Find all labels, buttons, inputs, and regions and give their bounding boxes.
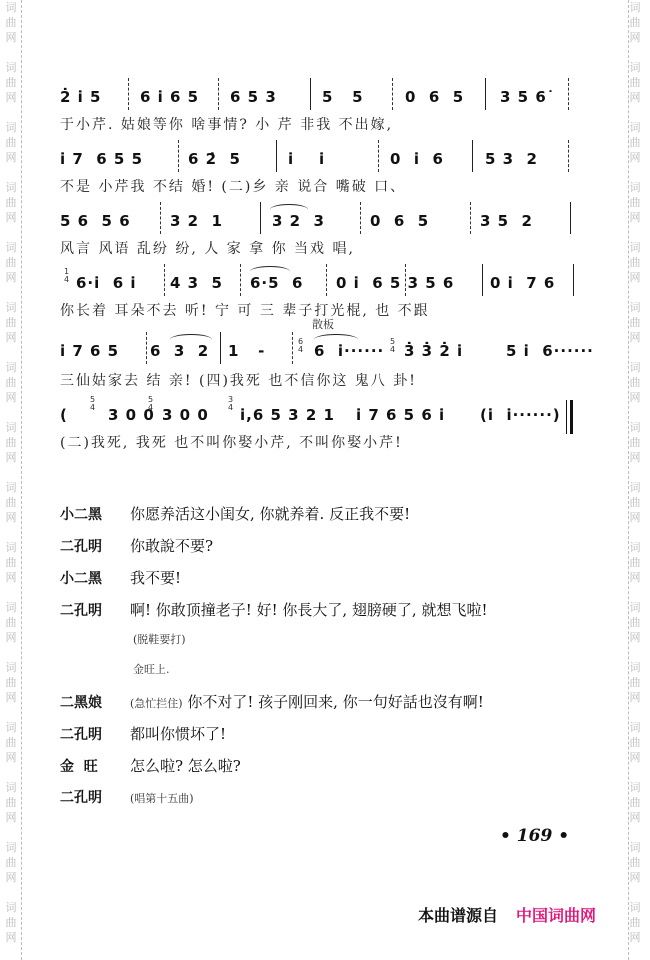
watermark-char: 曲 [630, 15, 641, 30]
watermark-char: 网 [6, 270, 17, 285]
watermark-char: 网 [630, 210, 641, 225]
watermark-block: 词曲网 [630, 480, 641, 540]
time-signature: 64 [298, 338, 303, 354]
watermark-char: 网 [6, 390, 17, 405]
stage-direction: (脱鞋要打) [60, 631, 600, 661]
watermark-block: 词曲网 [630, 60, 641, 120]
speaker-name: 小二黑 [60, 568, 130, 588]
watermark-block: 词曲网 [6, 720, 17, 780]
watermark-char: 网 [630, 90, 641, 105]
watermark-char: 词 [630, 120, 641, 135]
watermark-block: 词曲网 [6, 0, 17, 60]
watermark-char: 网 [6, 750, 17, 765]
stage-direction-text: 金旺上. [133, 661, 170, 677]
watermark-char: 曲 [6, 135, 17, 150]
watermark-block: 词曲网 [6, 780, 17, 840]
watermark-block: 词曲网 [6, 60, 17, 120]
tempo-marking: 散板 [312, 316, 334, 332]
dialog-text: 怎么啦? 怎么啦? [130, 755, 241, 776]
watermark-char: 曲 [630, 735, 641, 750]
watermark-char: 网 [630, 810, 641, 825]
watermark-char: 曲 [630, 615, 641, 630]
dialog-line: 二黑娘 (急忙拦住) 你不对了! 孩子刚回来, 你一句好話也沒有啊! [60, 691, 600, 723]
notation: 2̇ i̇ 5 6 i̇ 6 5 6 5 3 5 5 0 6 5 3 5 6˙ [60, 88, 580, 112]
watermark-char: 词 [630, 660, 641, 675]
watermark-block: 词曲网 [630, 0, 641, 60]
watermark-char: 词 [6, 180, 17, 195]
watermark-char: 网 [6, 30, 17, 45]
score-line-6: 54 54 34 ( 3 0 0 3 0 0 i̇,6 5 3 2 1 i̇ 7… [60, 390, 580, 454]
watermark-char: 网 [630, 570, 641, 585]
watermark-char: 词 [630, 720, 641, 735]
watermark-char: 网 [6, 690, 17, 705]
dialog-line: 金 旺 怎么啦? 怎么啦? [60, 755, 600, 787]
watermark-block: 词曲网 [6, 660, 17, 720]
page-number: • 169 • [500, 826, 569, 846]
watermark-char: 词 [630, 240, 641, 255]
notation: i̇ 7 6 5 5 6 2̇ 5 i̇ i̇ 0 i̇ 6 5 3 2 [60, 150, 580, 174]
lyrics: 于小芹. 姑娘等你 啥事情? 小 芹 非我 不出嫁, [60, 114, 580, 134]
watermark-char: 曲 [630, 435, 641, 450]
watermark-char: 词 [6, 780, 17, 795]
watermark-char: 词 [630, 180, 641, 195]
music-score: 2̇ i̇ 5 6 i̇ 6 5 6 5 3 5 5 0 6 5 3 5 6˙ … [60, 70, 580, 454]
watermark-char: 曲 [630, 75, 641, 90]
notation: i̇ 7 6 5 6 3 2 1 - 6 i̇······ 3̇ 3̇ 2̇ i… [60, 342, 580, 366]
watermark-char: 网 [6, 150, 17, 165]
watermark-block: 词曲网 [630, 720, 641, 780]
watermark-char: 词 [630, 780, 641, 795]
watermark-char: 网 [6, 510, 17, 525]
watermark-block: 词曲网 [6, 600, 17, 660]
final-barline [566, 400, 573, 434]
watermark-char: 网 [630, 270, 641, 285]
watermark-char: 词 [630, 420, 641, 435]
speaker-name: 二黑娘 [60, 692, 130, 712]
watermark-block: 词曲网 [6, 900, 17, 960]
watermark-char: 词 [6, 720, 17, 735]
watermark-char: 词 [6, 60, 17, 75]
dialog-text: 我不要! [130, 567, 181, 588]
watermark-char: 曲 [630, 495, 641, 510]
dialog-line: 二孔明 啊! 你敢顶撞老子! 好! 你長大了, 翅膀硬了, 就想飞啦! [60, 599, 600, 631]
speaker-name: 二孔明 [60, 600, 130, 620]
watermark-char: 词 [6, 240, 17, 255]
score-line-2: i̇ 7 6 5 5 6 2̇ 5 i̇ i̇ 0 i̇ 6 5 3 2 不是 … [60, 132, 580, 194]
dialog-text: 啊! 你敢顶撞老子! 好! 你長大了, 翅膀硬了, 就想飞啦! [130, 599, 488, 620]
score-line-3: 5 6 5 6 3 2 1 3 2 3 0 6 5 3 5 2 风言 风语 乱纷… [60, 194, 580, 256]
watermark-char: 曲 [6, 315, 17, 330]
watermark-block: 词曲网 [630, 420, 641, 480]
watermark-block: 词曲网 [630, 540, 641, 600]
watermark-char: 词 [630, 360, 641, 375]
score-line-5: 散板 i̇ 7 6 5 6 3 2 1 - 6 i̇······ 3̇ 3̇ 2… [60, 318, 580, 390]
watermark-char: 网 [630, 510, 641, 525]
time-signature: 54 [390, 338, 395, 354]
speaker-name: 二孔明 [60, 787, 130, 807]
score-line-4: 14 6·i̇ 6 i̇ 4 3 5 6·5 6 0 i̇ 6 5 3 5 6 … [60, 256, 580, 318]
watermark-char: 词 [6, 840, 17, 855]
left-watermark-column: 词曲网词曲网词曲网词曲网词曲网词曲网词曲网词曲网词曲网词曲网词曲网词曲网词曲网词… [0, 0, 22, 960]
dialog-text: 你愿养活这小闺女, 你就养着. 反正我不要! [130, 503, 410, 524]
watermark-char: 词 [630, 300, 641, 315]
watermark-char: 词 [630, 900, 641, 915]
watermark-block: 词曲网 [6, 240, 17, 300]
watermark-char: 词 [6, 600, 17, 615]
watermark-char: 网 [630, 870, 641, 885]
dialog-line: 二孔明 都叫你惯坏了! [60, 723, 600, 755]
watermark-char: 词 [6, 900, 17, 915]
stage-direction-text: (脱鞋要打) [133, 631, 186, 647]
watermark-char: 曲 [6, 255, 17, 270]
watermark-block: 词曲网 [630, 300, 641, 360]
dialog-text: 都叫你惯坏了! [130, 723, 226, 744]
lyrics: 三仙姑家去 结 亲! (四)我死 也不信你这 鬼八 卦! [60, 370, 580, 390]
lyrics: (二)我死, 我死 也不叫你娶小芹, 不叫你娶小芹! [60, 432, 580, 452]
speaker-name: 二孔明 [60, 536, 130, 556]
watermark-block: 词曲网 [6, 420, 17, 480]
speaker-name: 二孔明 [60, 724, 130, 744]
watermark-char: 曲 [630, 915, 641, 930]
watermark-char: 曲 [630, 795, 641, 810]
credit-site-link[interactable]: 中国词曲网 [516, 906, 596, 925]
stage-direction: 金旺上. [60, 661, 600, 691]
watermark-char: 网 [6, 570, 17, 585]
score-line-1: 2̇ i̇ 5 6 i̇ 6 5 6 5 3 5 5 0 6 5 3 5 6˙ … [60, 70, 580, 132]
watermark-char: 词 [6, 120, 17, 135]
watermark-char: 词 [630, 600, 641, 615]
watermark-char: 曲 [6, 795, 17, 810]
dialog-text-body: 你不对了! 孩子刚回来, 你一句好話也沒有啊! [187, 693, 483, 711]
watermark-char: 曲 [6, 855, 17, 870]
watermark-char: 词 [630, 480, 641, 495]
watermark-char: 网 [630, 690, 641, 705]
watermark-char: 词 [6, 660, 17, 675]
watermark-char: 曲 [6, 75, 17, 90]
watermark-char: 词 [6, 300, 17, 315]
watermark-char: 词 [6, 540, 17, 555]
script-dialog: 小二黑 你愿养活这小闺女, 你就养着. 反正我不要! 二孔明 你敢說不要? 小二… [60, 503, 600, 819]
source-credit: 本曲谱源自中国词曲网 [418, 903, 596, 926]
stage-direction-text: (急忙拦住) [130, 697, 183, 710]
dialog-line: 二孔明 (唱第十五曲) [60, 787, 600, 819]
watermark-char: 词 [630, 540, 641, 555]
watermark-char: 网 [6, 90, 17, 105]
watermark-char: 网 [630, 150, 641, 165]
watermark-char: 曲 [630, 855, 641, 870]
notation: ( 3 0 0 3 0 0 i̇,6 5 3 2 1 i̇ 7 6 5 6 i̇… [60, 406, 580, 430]
watermark-char: 曲 [630, 375, 641, 390]
dialog-line: 二孔明 你敢說不要? [60, 535, 600, 567]
watermark-char: 词 [6, 480, 17, 495]
watermark-char: 曲 [6, 555, 17, 570]
watermark-char: 网 [630, 450, 641, 465]
watermark-char: 网 [630, 390, 641, 405]
notation: 6·i̇ 6 i̇ 4 3 5 6·5 6 0 i̇ 6 5 3 5 6 0 i… [60, 274, 580, 298]
dialog-line: 小二黑 我不要! [60, 567, 600, 599]
watermark-char: 词 [630, 840, 641, 855]
watermark-block: 词曲网 [630, 240, 641, 300]
watermark-char: 曲 [630, 255, 641, 270]
lyrics: 不是 小芹我 不结 婚! (二)乡 亲 说合 嘴破 口、 [60, 176, 580, 196]
dialog-line: 小二黑 你愿养活这小闺女, 你就养着. 反正我不要! [60, 503, 600, 535]
watermark-char: 网 [6, 810, 17, 825]
watermark-char: 曲 [6, 495, 17, 510]
watermark-char: 曲 [630, 195, 641, 210]
watermark-block: 词曲网 [630, 120, 641, 180]
speaker-name: 小二黑 [60, 504, 130, 524]
watermark-block: 词曲网 [6, 120, 17, 180]
watermark-char: 网 [6, 630, 17, 645]
watermark-char: 网 [6, 450, 17, 465]
watermark-char: 曲 [6, 435, 17, 450]
right-watermark-column: 词曲网词曲网词曲网词曲网词曲网词曲网词曲网词曲网词曲网词曲网词曲网词曲网词曲网词… [624, 0, 646, 960]
watermark-block: 词曲网 [6, 480, 17, 540]
watermark-block: 词曲网 [630, 660, 641, 720]
watermark-char: 曲 [6, 195, 17, 210]
watermark-block: 词曲网 [630, 600, 641, 660]
watermark-block: 词曲网 [630, 180, 641, 240]
watermark-block: 词曲网 [630, 840, 641, 900]
speaker-name: 金 旺 [60, 756, 130, 776]
credit-prefix: 本曲谱源自 [418, 906, 498, 925]
notation: 5 6 5 6 3 2 1 3 2 3 0 6 5 3 5 2 [60, 212, 580, 236]
watermark-char: 曲 [6, 375, 17, 390]
watermark-char: 网 [630, 750, 641, 765]
watermark-block: 词曲网 [6, 840, 17, 900]
watermark-block: 词曲网 [6, 180, 17, 240]
watermark-char: 词 [6, 420, 17, 435]
watermark-char: 网 [6, 330, 17, 345]
watermark-char: 网 [630, 930, 641, 945]
watermark-char: 网 [6, 210, 17, 225]
watermark-char: 网 [630, 630, 641, 645]
watermark-char: 词 [630, 0, 641, 15]
watermark-char: 网 [6, 870, 17, 885]
watermark-char: 词 [6, 360, 17, 375]
watermark-char: 词 [6, 0, 17, 15]
watermark-char: 网 [6, 930, 17, 945]
watermark-block: 词曲网 [630, 780, 641, 840]
watermark-char: 曲 [630, 315, 641, 330]
watermark-char: 曲 [6, 15, 17, 30]
watermark-char: 曲 [6, 735, 17, 750]
dialog-text: 你敢說不要? [130, 535, 213, 556]
watermark-char: 曲 [6, 675, 17, 690]
watermark-char: 网 [630, 330, 641, 345]
watermark-block: 词曲网 [6, 300, 17, 360]
watermark-char: 曲 [630, 555, 641, 570]
watermark-char: 曲 [6, 915, 17, 930]
watermark-block: 词曲网 [6, 360, 17, 420]
watermark-block: 词曲网 [630, 360, 641, 420]
watermark-char: 曲 [6, 615, 17, 630]
stage-direction-text: (唱第十五曲) [130, 790, 194, 806]
watermark-char: 曲 [630, 675, 641, 690]
watermark-char: 网 [630, 30, 641, 45]
watermark-block: 词曲网 [630, 900, 641, 960]
lyrics: 风言 风语 乱纷 纷, 人 家 拿 你 当戏 唱, [60, 238, 580, 258]
watermark-char: 词 [630, 60, 641, 75]
dialog-text: (急忙拦住) 你不对了! 孩子刚回来, 你一句好話也沒有啊! [130, 691, 484, 712]
watermark-block: 词曲网 [6, 540, 17, 600]
watermark-char: 曲 [630, 135, 641, 150]
